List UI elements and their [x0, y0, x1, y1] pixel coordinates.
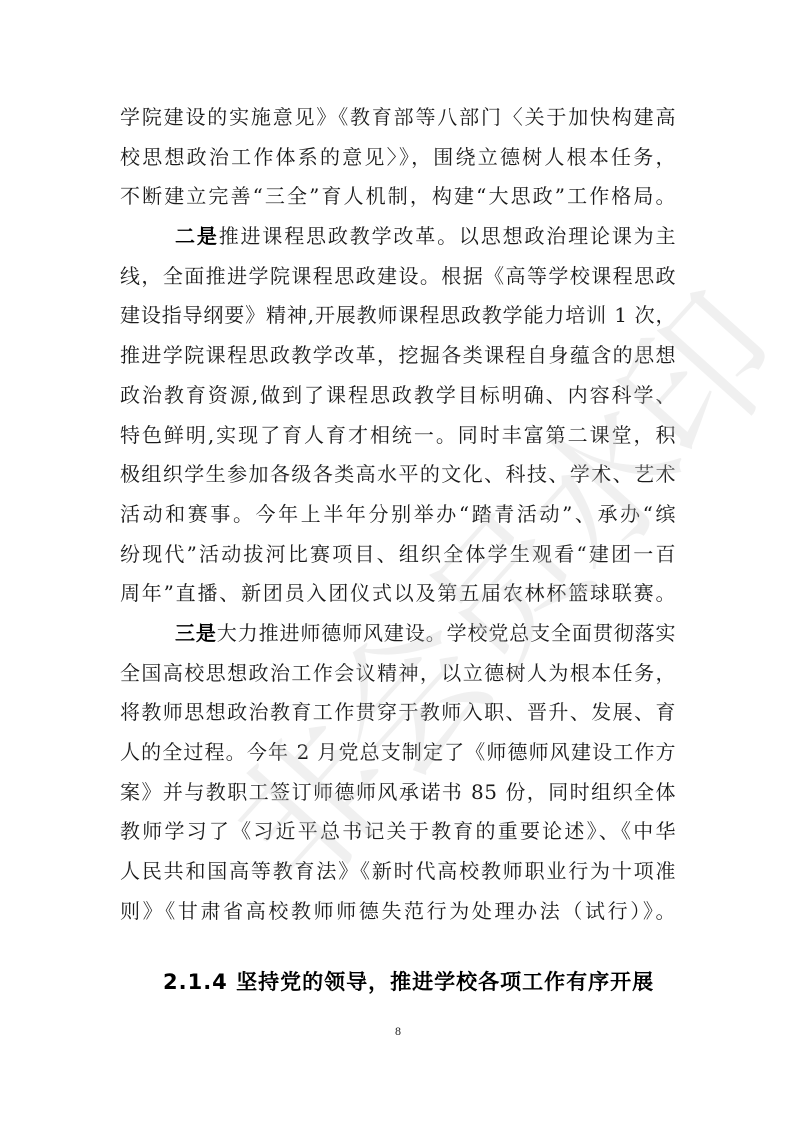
paragraph-1-line-3: 不断建立完善“三全”育人机制，构建“大思政”工作格局。 [120, 177, 676, 217]
paragraph-2-line-5: 政治教育资源,做到了课程思政教学目标明确、内容科学、 [120, 376, 676, 416]
paragraph-3-line-3: 将教师思想政治教育工作贯穿于教师入职、晋升、发展、育 [120, 693, 676, 733]
paragraph-1-line-1: 学院建设的实施意见》《教育部等八部门〈关于加快构建高 [120, 98, 676, 138]
page-number: 8 [391, 1024, 405, 1039]
paragraph-2-line-6: 特色鲜明,实现了育人育才相统一。同时丰富第二课堂，积 [120, 416, 676, 456]
paragraph-3-line-6: 教师学习了《习近平总书记关于教育的重要论述》、《中华 [120, 812, 676, 852]
paragraph-2-line-3: 建设指导纲要》精神,开展教师课程思政教学能力培训 1 次， [120, 296, 676, 336]
paragraph-2-line-1: 二是推进课程思政教学改革。以思想政治理论课为主 [120, 217, 676, 257]
paragraph-2-line-1-text: 推进课程思政教学改革。以思想政治理论课为主 [219, 224, 676, 248]
paragraph-3-lead: 三是 [175, 621, 217, 645]
paragraph-2-line-8: 活动和赛事。今年上半年分别举办“踏青活动”、承办“缤 [120, 495, 676, 535]
paragraph-2-line-9: 纷现代”活动拔河比赛项目、组织全体学生观看“建团一百 [120, 535, 676, 575]
paragraph-2-line-10: 周年”直播、新团员入团仪式以及第五届农林杯篮球联赛。 [120, 574, 676, 614]
document-page: 学院建设的实施意见》《教育部等八部门〈关于加快构建高 校思想政治工作体系的意见〉… [0, 0, 794, 1123]
paragraph-2-line-2: 线，全面推进学院课程思政建设。根据《高等学校课程思政 [120, 257, 676, 297]
paragraph-3-line-1-text: 大力推进师德师风建设。学校党总支全面贯彻落实 [217, 621, 676, 645]
paragraph-2-lead: 二是 [175, 224, 219, 248]
paragraph-1-line-2: 校思想政治工作体系的意见〉》，围绕立德树人根本任务， [120, 138, 676, 178]
body-text: 学院建设的实施意见》《教育部等八部门〈关于加快构建高 校思想政治工作体系的意见〉… [120, 98, 676, 931]
paragraph-3-line-2: 全国高校思想政治工作会议精神，以立德树人为根本任务， [120, 654, 676, 694]
paragraph-3-line-7: 人民共和国高等教育法》《新时代高校教师职业行为十项准 [120, 852, 676, 892]
section-heading: 2.1.4 坚持党的领导，推进学校各项工作有序开展 [163, 966, 654, 996]
paragraph-2-line-4: 推进学院课程思政教学改革，挖掘各类课程自身蕴含的思想 [120, 336, 676, 376]
paragraph-2-line-7: 极组织学生参加各级各类高水平的文化、科技、学术、艺术 [120, 455, 676, 495]
paragraph-3-line-1: 三是大力推进师德师风建设。学校党总支全面贯彻落实 [120, 614, 676, 654]
paragraph-3-line-8: 则》《甘肃省高校教师师德失范行为处理办法（试行）》。 [120, 892, 676, 932]
paragraph-3-line-5: 案》并与教职工签订师德师风承诺书 85 份，同时组织全体 [120, 773, 676, 813]
paragraph-3-line-4: 人的全过程。今年 2 月党总支制定了《师德师风建设工作方 [120, 733, 676, 773]
